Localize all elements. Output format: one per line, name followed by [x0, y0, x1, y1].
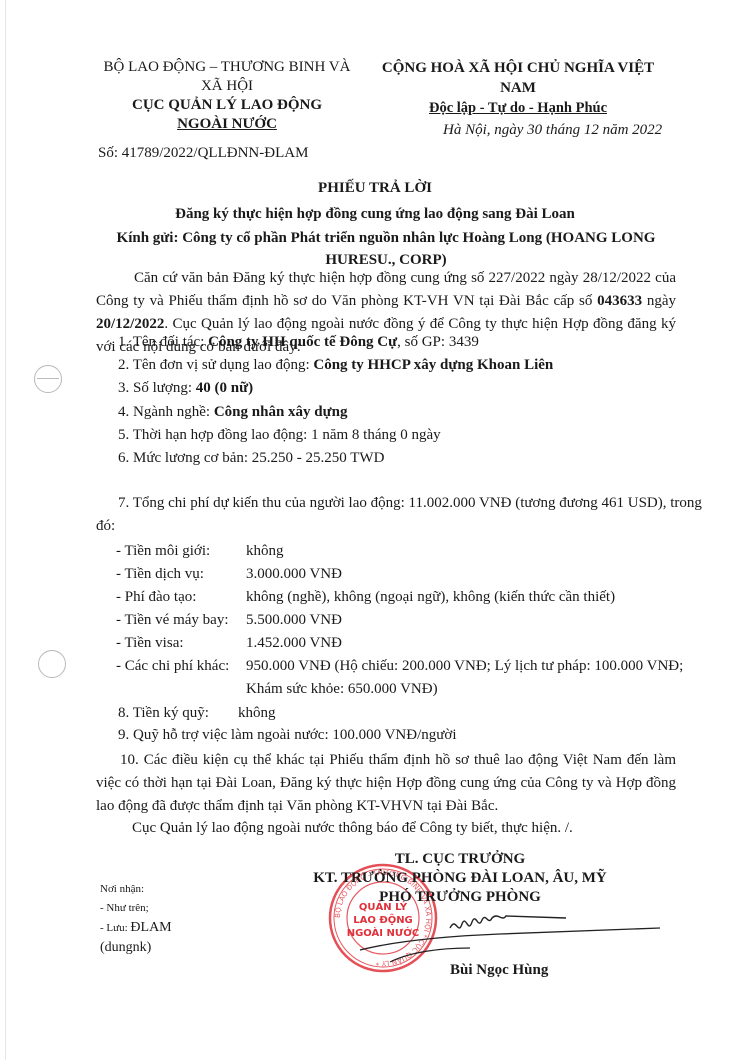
- page-edge: [5, 0, 6, 1060]
- recipient-line: - Như trên;: [100, 899, 172, 918]
- item-value: Công ty HHCP xây dựng Khoan Liên: [313, 357, 553, 373]
- item-6: 6. Mức lương cơ bản: 25.250 - 25.250 TWD: [118, 450, 384, 467]
- item-label: 2. Tên đơn vị sử dụng lao động:: [118, 357, 313, 373]
- place-date: Hà Nội, ngày 30 tháng 12 năm 2022: [443, 122, 662, 139]
- fee-value: Khám sức khỏe: 650.000 VNĐ): [246, 681, 438, 698]
- fee-label: - Các chi phí khác:: [116, 658, 229, 675]
- item-1: 1. Tên đối tác: Công ty HH quốc tế Đông …: [118, 334, 479, 351]
- item-label: 6. Mức lương cơ bản: 25.250 - 25.250 TWD: [118, 450, 384, 466]
- item-value: Công nhân xây dựng: [214, 404, 348, 420]
- signature-block: TL. CỤC TRƯỞNG KT. TRƯỞNG PHÒNG ĐÀI LOAN…: [310, 850, 610, 907]
- item-label: 3. Số lượng:: [118, 380, 196, 396]
- fee-value: 3.000.000 VNĐ: [246, 566, 342, 583]
- item-7: 7. Tổng chi phí dự kiến thu của người la…: [118, 495, 702, 512]
- fee-label: - Tiền môi giới:: [116, 543, 210, 560]
- fee-label: - Tiền dịch vụ:: [116, 566, 204, 583]
- motto: Độc lập - Tự do - Hạnh Phúc: [368, 98, 668, 118]
- item-3: 3. Số lượng: 40 (0 nữ): [118, 380, 253, 397]
- fee-value: 5.500.000 VNĐ: [246, 612, 342, 629]
- item-2: 2. Tên đơn vị sử dụng lao động: Công ty …: [118, 357, 553, 374]
- fee-value: không: [246, 543, 284, 560]
- document-subtitle: Đăng ký thực hiện hợp đồng cung ứng lao …: [0, 206, 750, 223]
- signer-name: Bùi Ngọc Hùng: [450, 962, 548, 979]
- certificate-date: 20/12/2022: [96, 316, 164, 332]
- certificate-number: 043633: [597, 293, 642, 309]
- ministry-name: BỘ LAO ĐỘNG – THƯƠNG BINH VÀ: [96, 58, 358, 77]
- fee-label: - Tiền visa:: [116, 635, 184, 652]
- fee-value: 950.000 VNĐ (Hộ chiếu: 200.000 VNĐ; Lý l…: [246, 658, 683, 675]
- punch-hole-icon: [34, 365, 62, 393]
- item-label: 1. Tên đối tác:: [118, 334, 208, 350]
- item-9: 9. Quỹ hỗ trợ việc làm ngoài nước: 100.0…: [118, 727, 457, 744]
- punch-hole-icon: [38, 650, 66, 678]
- closing-statement: Cục Quản lý lao động ngoài nước thông bá…: [132, 820, 573, 837]
- drafter: (dungnk): [100, 938, 172, 957]
- handwritten-signature-icon: [330, 910, 670, 970]
- recipients-list: Nơi nhận: - Như trên; - Lưu: ĐLAM (dungn…: [100, 880, 172, 957]
- document-number: Số: 41789/2022/QLLĐNN-ĐLAM: [98, 145, 308, 162]
- ministry-name-cont: XÃ HỘI: [96, 77, 358, 96]
- item-value: 40 (0 nữ): [196, 380, 253, 396]
- fee-label: - Tiền vé máy bay:: [116, 612, 229, 629]
- nation-name: CỘNG HOÀ XÃ HỘI CHỦ NGHĨA VIỆT NAM: [368, 58, 668, 98]
- intro-text: ngày: [642, 293, 676, 309]
- item-label: 5. Thời hạn hợp đồng lao động: 1 năm 8 t…: [118, 427, 441, 443]
- recipient: Kính gửi: Công ty cổ phần Phát triển ngu…: [96, 227, 676, 271]
- item-suffix: , số GP: 3439: [397, 334, 479, 350]
- item-10: 10. Các điều kiện cụ thể khác tại Phiếu …: [96, 749, 676, 818]
- department-name: CỤC QUẢN LÝ LAO ĐỘNG: [96, 96, 358, 115]
- signature-title-3: PHÓ TRƯỞNG PHÒNG: [310, 888, 610, 907]
- signature-title-2: KT. TRƯỞNG PHÒNG ĐÀI LOAN, ÂU, MỸ: [310, 869, 610, 888]
- fee-label: - Phí đào tạo:: [116, 589, 196, 606]
- item-value: Công ty HH quốc tế Đông Cự: [208, 334, 397, 350]
- item-4: 4. Ngành nghề: Công nhân xây dựng: [118, 404, 347, 421]
- signature-title-1: TL. CỤC TRƯỞNG: [310, 850, 610, 869]
- national-heading: CỘNG HOÀ XÃ HỘI CHỦ NGHĨA VIỆT NAM Độc l…: [368, 58, 668, 118]
- issuing-authority: BỘ LAO ĐỘNG – THƯƠNG BINH VÀ XÃ HỘI CỤC …: [96, 58, 358, 134]
- item-label: 4. Ngành nghề:: [118, 404, 214, 420]
- item-7-cont: đó:: [96, 518, 115, 535]
- document-title: PHIẾU TRẢ LỜI: [0, 180, 750, 197]
- item-8-value: không: [238, 705, 276, 722]
- item-5: 5. Thời hạn hợp đồng lao động: 1 năm 8 t…: [118, 427, 441, 444]
- fee-value: không (nghề), không (ngoại ngữ), không (…: [246, 589, 615, 606]
- intro-text: Căn cứ văn bản Đăng ký thực hiện hợp đồn…: [96, 270, 676, 309]
- recipient-line: - Lưu: ĐLAM: [100, 918, 172, 938]
- recipients-heading: Nơi nhận:: [100, 880, 172, 899]
- department-name-cont: NGOÀI NƯỚC: [96, 115, 358, 134]
- fee-value: 1.452.000 VNĐ: [246, 635, 342, 652]
- item-8-label: 8. Tiền ký quỹ:: [118, 705, 209, 722]
